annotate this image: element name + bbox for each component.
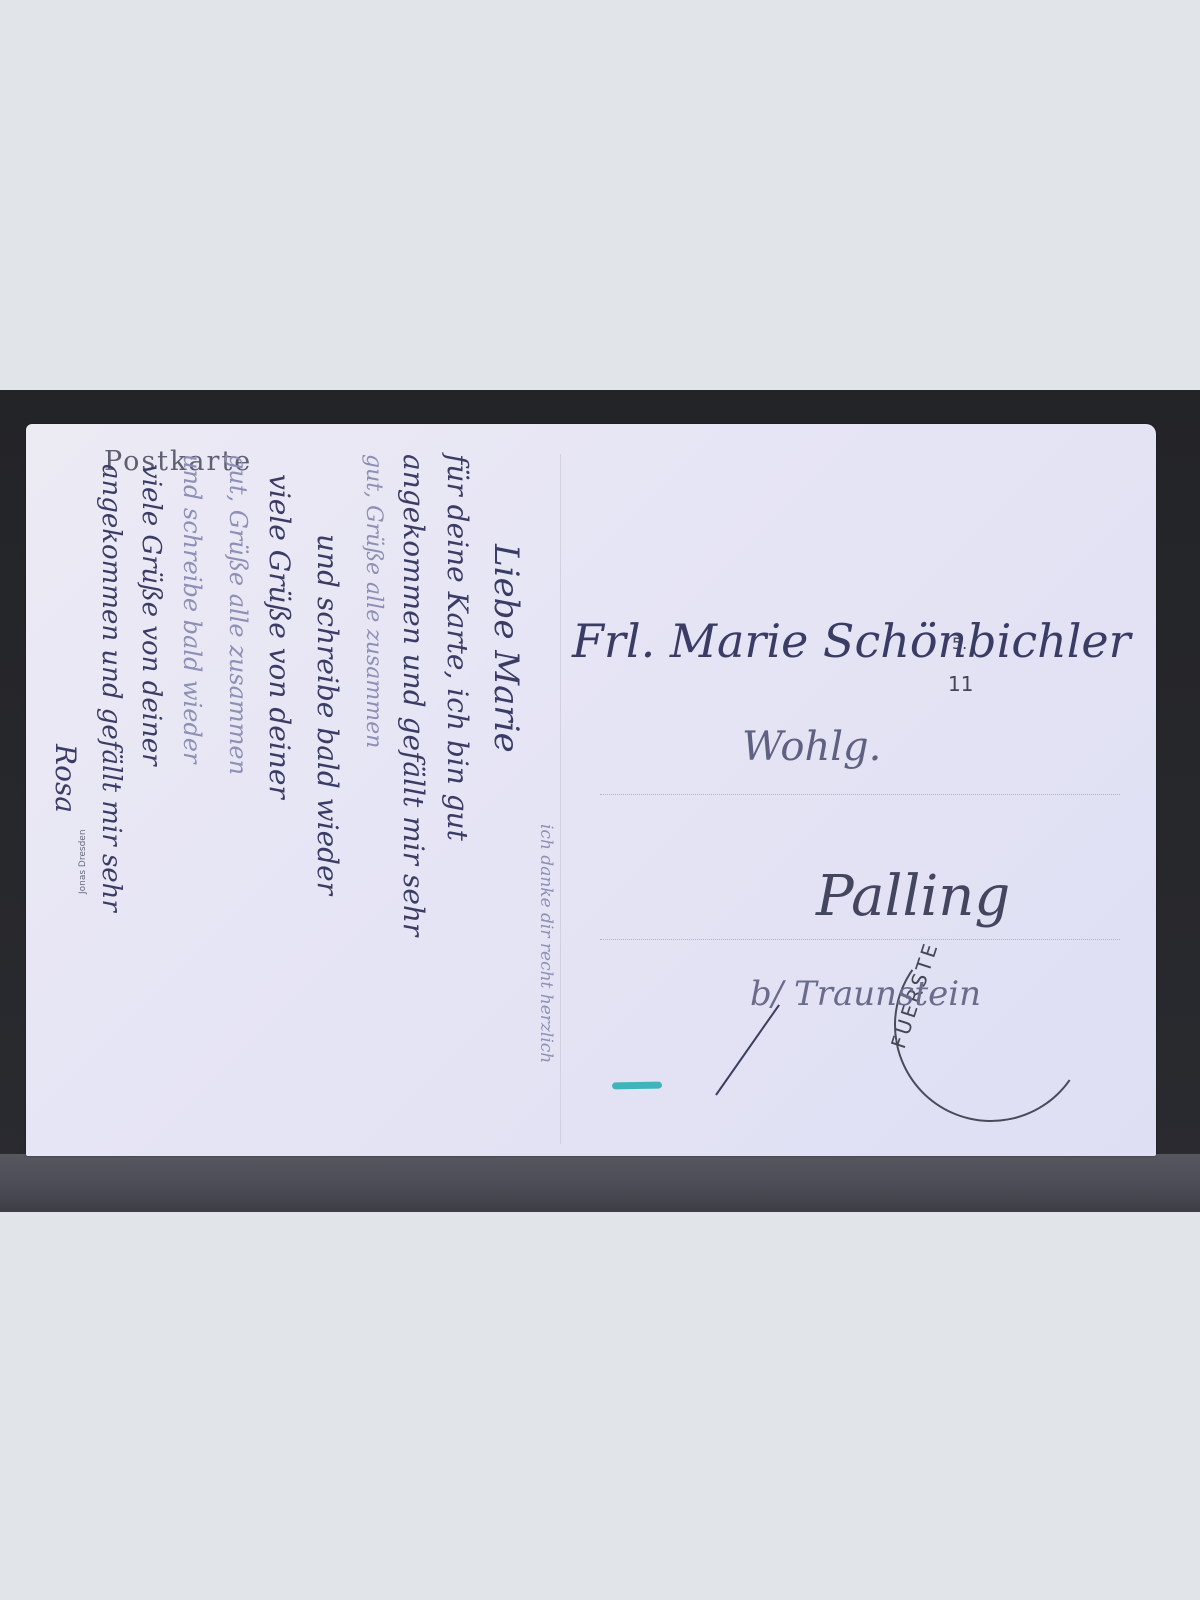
message-line: Liebe Marie <box>486 544 526 753</box>
message-line: ich danke dir recht herzlich <box>536 824 556 1063</box>
message-line: und schreibe bald wieder <box>178 454 206 763</box>
message-line: angekommen und gefällt mir sehr <box>397 454 430 936</box>
message-line: angekommen und gefällt mir sehr <box>96 464 126 912</box>
message-line: gut, Grüße alle zusammen <box>361 454 386 748</box>
postmark-year: 11 <box>948 672 973 696</box>
address-line <box>600 939 1120 940</box>
address-honorific: Wohlg. <box>742 724 881 770</box>
publisher-imprint: Jonas Dresden <box>78 829 88 894</box>
message-line: viele Grüße von deiner <box>263 474 296 799</box>
address-line <box>600 794 1120 795</box>
address-recipient: Frl. Marie Schönbichler <box>572 614 1131 668</box>
address-town: Palling <box>816 864 1010 929</box>
postcard: Postkarte Jonas Dresden Liebe Marie ich … <box>26 424 1156 1156</box>
address-district: b/ Traunstein <box>750 974 981 1014</box>
message-line: viele Grüße von deiner <box>136 464 166 766</box>
message-line: und schreibe bald wieder <box>311 534 344 895</box>
message-line: gut, Grüße alle zusammen <box>224 454 252 775</box>
pen-stroke <box>715 1004 780 1095</box>
message-signature: Rosa <box>49 744 82 813</box>
display-ledge <box>0 1154 1200 1212</box>
ink-mark <box>612 1082 662 1090</box>
center-divider <box>560 454 561 1144</box>
message-line: für deine Karte, ich bin gut <box>441 454 474 841</box>
